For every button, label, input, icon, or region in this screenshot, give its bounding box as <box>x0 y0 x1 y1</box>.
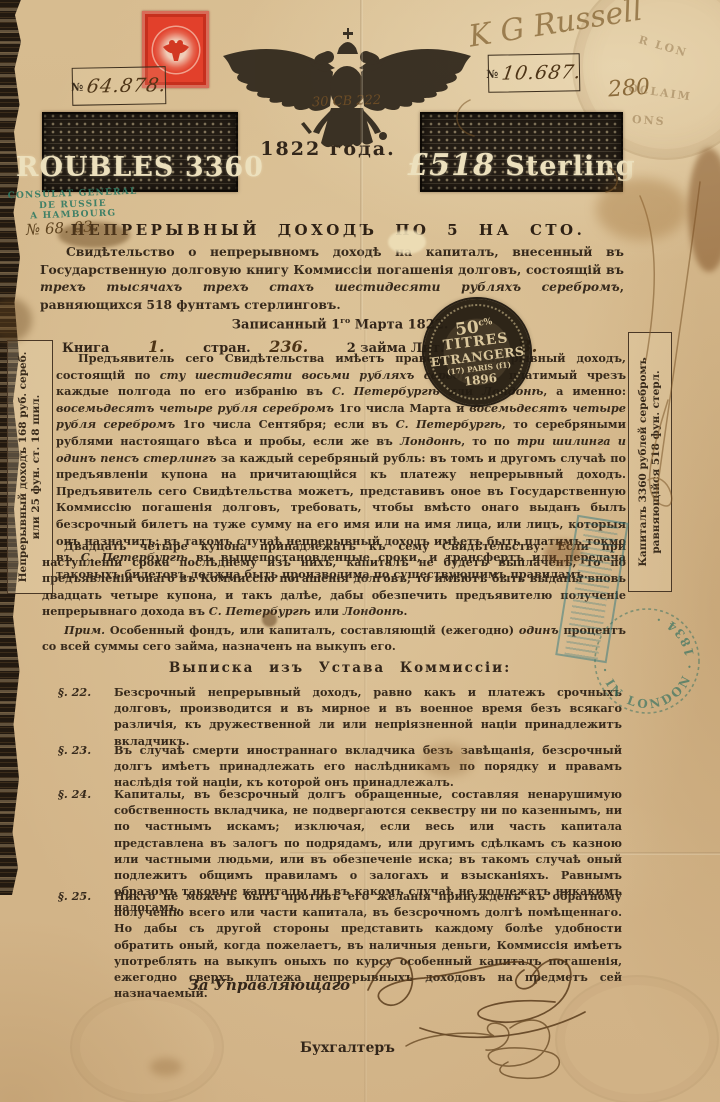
accountant-signature-label: Бухгалтеръ <box>300 1040 395 1056</box>
sterling-word: Sterling <box>495 151 636 182</box>
accountant-signature-handwriting <box>398 1000 598 1095</box>
embossed-seal-text-fragment: ONS <box>632 113 666 128</box>
serial-number-box-right: № 10.687. <box>488 53 581 93</box>
section-number: §. 25. <box>58 888 91 904</box>
sterling-banner: £518 Sterling <box>420 112 623 192</box>
stain <box>150 1058 182 1076</box>
consulate-stamp-line: DE RUSSIE <box>8 197 138 212</box>
section-number: §. 22. <box>58 684 91 700</box>
edge-stain <box>688 148 720 272</box>
year-label: 1822 года. <box>248 138 408 160</box>
owner-signature-handwriting: K G Russell <box>466 0 644 54</box>
coupons-paragraph: Двадцать четыре купона принадлежатъ къ с… <box>42 538 626 619</box>
registration-date-line: Записанный 1го Марта 1822. <box>120 316 560 332</box>
serial-number-right-value: 10.687. <box>500 61 583 84</box>
margin-note-right-box: Капиталъ 3360 рублей серебромъ равняющій… <box>628 332 672 592</box>
consulate-stamp: CONSULAT GENERAL DE RUSSIE A HAMBOURG <box>7 187 138 223</box>
section-number: §. 24. <box>58 786 91 802</box>
bond-certificate-page: R LON OCLAIM ONS K G Russell <box>0 0 720 1102</box>
sterling-amount: £518 <box>407 148 495 183</box>
manager-signature-label: За Управляющаго <box>188 976 350 994</box>
embossed-seal-text-fragment: OCLAIM <box>627 82 692 104</box>
extract-heading: Выписка изъ Устава Коммиссіи: <box>60 660 620 676</box>
roubles-banner: ROUBLES 3360 <box>42 112 238 192</box>
serial-number-left-value: 64.878. <box>85 74 168 97</box>
section-text: Въ случаѣ смерти иностраннаго вкладчика … <box>114 743 622 789</box>
section-text: Безсрочный непрерывный доходъ, равно как… <box>114 685 622 748</box>
document-title: НЕПРЕРЫВНЫЙ ДОХОДЪ ПО 5 НА СТО. <box>28 221 628 239</box>
statute-section-23: §. 23. Въ случаѣ смерти иностраннаго вкл… <box>56 742 622 791</box>
roubles-amount-label: ROUBLES 3360 <box>16 152 264 183</box>
handwritten-number-280: 280 <box>607 75 651 103</box>
numero-sign: № <box>486 67 498 80</box>
numero-sign: № <box>71 80 83 93</box>
section-number: §. 23. <box>58 742 91 758</box>
note-paragraph: Прим. Особенный фондъ, или капиталъ, сос… <box>42 622 626 654</box>
intro-paragraph: Свидѣтельство о непрерывномъ доходѣ на к… <box>40 243 624 313</box>
stain <box>0 298 32 342</box>
statute-section-22: §. 22. Безсрочный непрерывный доходъ, ра… <box>56 684 622 749</box>
margin-note-right-text: Капиталъ 3360 рублей серебромъ равняющій… <box>629 333 671 591</box>
watermark-circle <box>70 990 224 1102</box>
serial-number-box-left: № 64.878. <box>72 66 167 106</box>
handwritten-ledger-note: 30 СВ 222 <box>312 93 382 110</box>
embossed-seal-text-fragment: R LON <box>637 33 689 59</box>
